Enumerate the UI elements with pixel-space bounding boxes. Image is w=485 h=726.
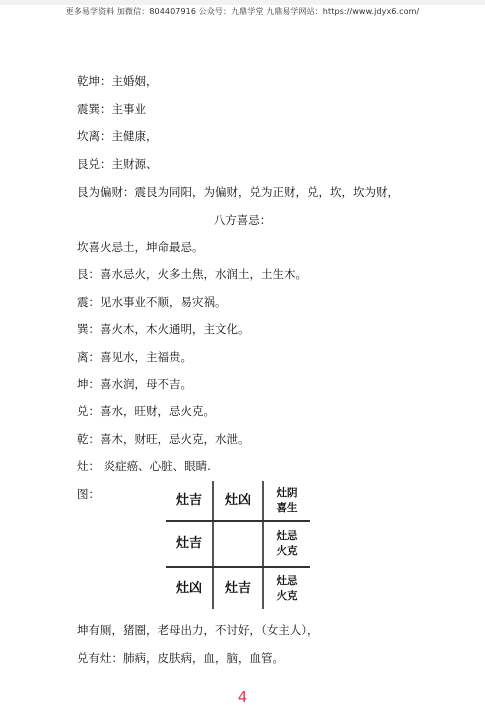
section-title: 八方喜忌： [0,212,485,228]
grid-cell-empty [214,522,262,566]
grid-cell: 灶凶 [214,481,262,520]
text-line: 坤有厕，猪圈，老母出力，不讨好，（女主人）， [77,622,319,638]
text-line: 艮兑：主财源、 [77,156,158,172]
text-line: 坎喜火忌土，坤命最忌。 [77,239,204,255]
grid-cell: 灶阴 喜生 [264,481,310,520]
text-line: 离：喜见水，主福贵。 [77,349,192,365]
text-line: 震：见水事业不顺，易灾祸。 [77,294,227,310]
figure-label: 图： [77,486,100,502]
grid-cell: 灶吉 [166,522,212,566]
page-number: 4 [0,688,485,706]
text-line: 乾：喜木，财旺，忌火克，水泄。 [77,431,250,447]
text-line: 坤：喜水润，母不吉。 [77,376,192,392]
grid-cell: 灶吉 [166,481,212,520]
text-line: 坎离：主健康， [77,128,158,144]
text-line: 乾坤：主婚姻， [77,73,158,89]
stove-diagram-grid: 灶吉 灶凶 灶阴 喜生 灶吉 灶忌 火克 灶凶 灶吉 灶忌 火克 [166,481,310,609]
top-bar [0,0,485,5]
text-line: 兑有灶：肺病，皮肤病，血，脑，血管。 [77,650,284,666]
text-line: 震巽：主事业 [77,101,146,117]
grid-cell: 灶忌 火克 [264,568,310,609]
grid-cell: 灶凶 [166,568,212,609]
text-line: 艮：喜水忌火，火多土焦，水润土，土生木。 [77,266,307,282]
page-header-watermark: 更多易学资料 加微信：804407916 公众号：九鼎学堂 九鼎易学网站：htt… [0,6,485,17]
text-line: 艮为偏财：震艮为同阳，为偏财，兑为正财，兑，坎，坎为财， [77,184,399,200]
text-line: 巽：喜火木，木火通明，主文化。 [77,321,250,337]
text-line: 兑：喜水，旺财，忌火克。 [77,403,215,419]
grid-cell: 灶吉 [214,568,262,609]
text-line: 灶： 炎症癌、心脏、眼睛. [77,458,211,474]
grid-cell: 灶忌 火克 [264,522,310,566]
